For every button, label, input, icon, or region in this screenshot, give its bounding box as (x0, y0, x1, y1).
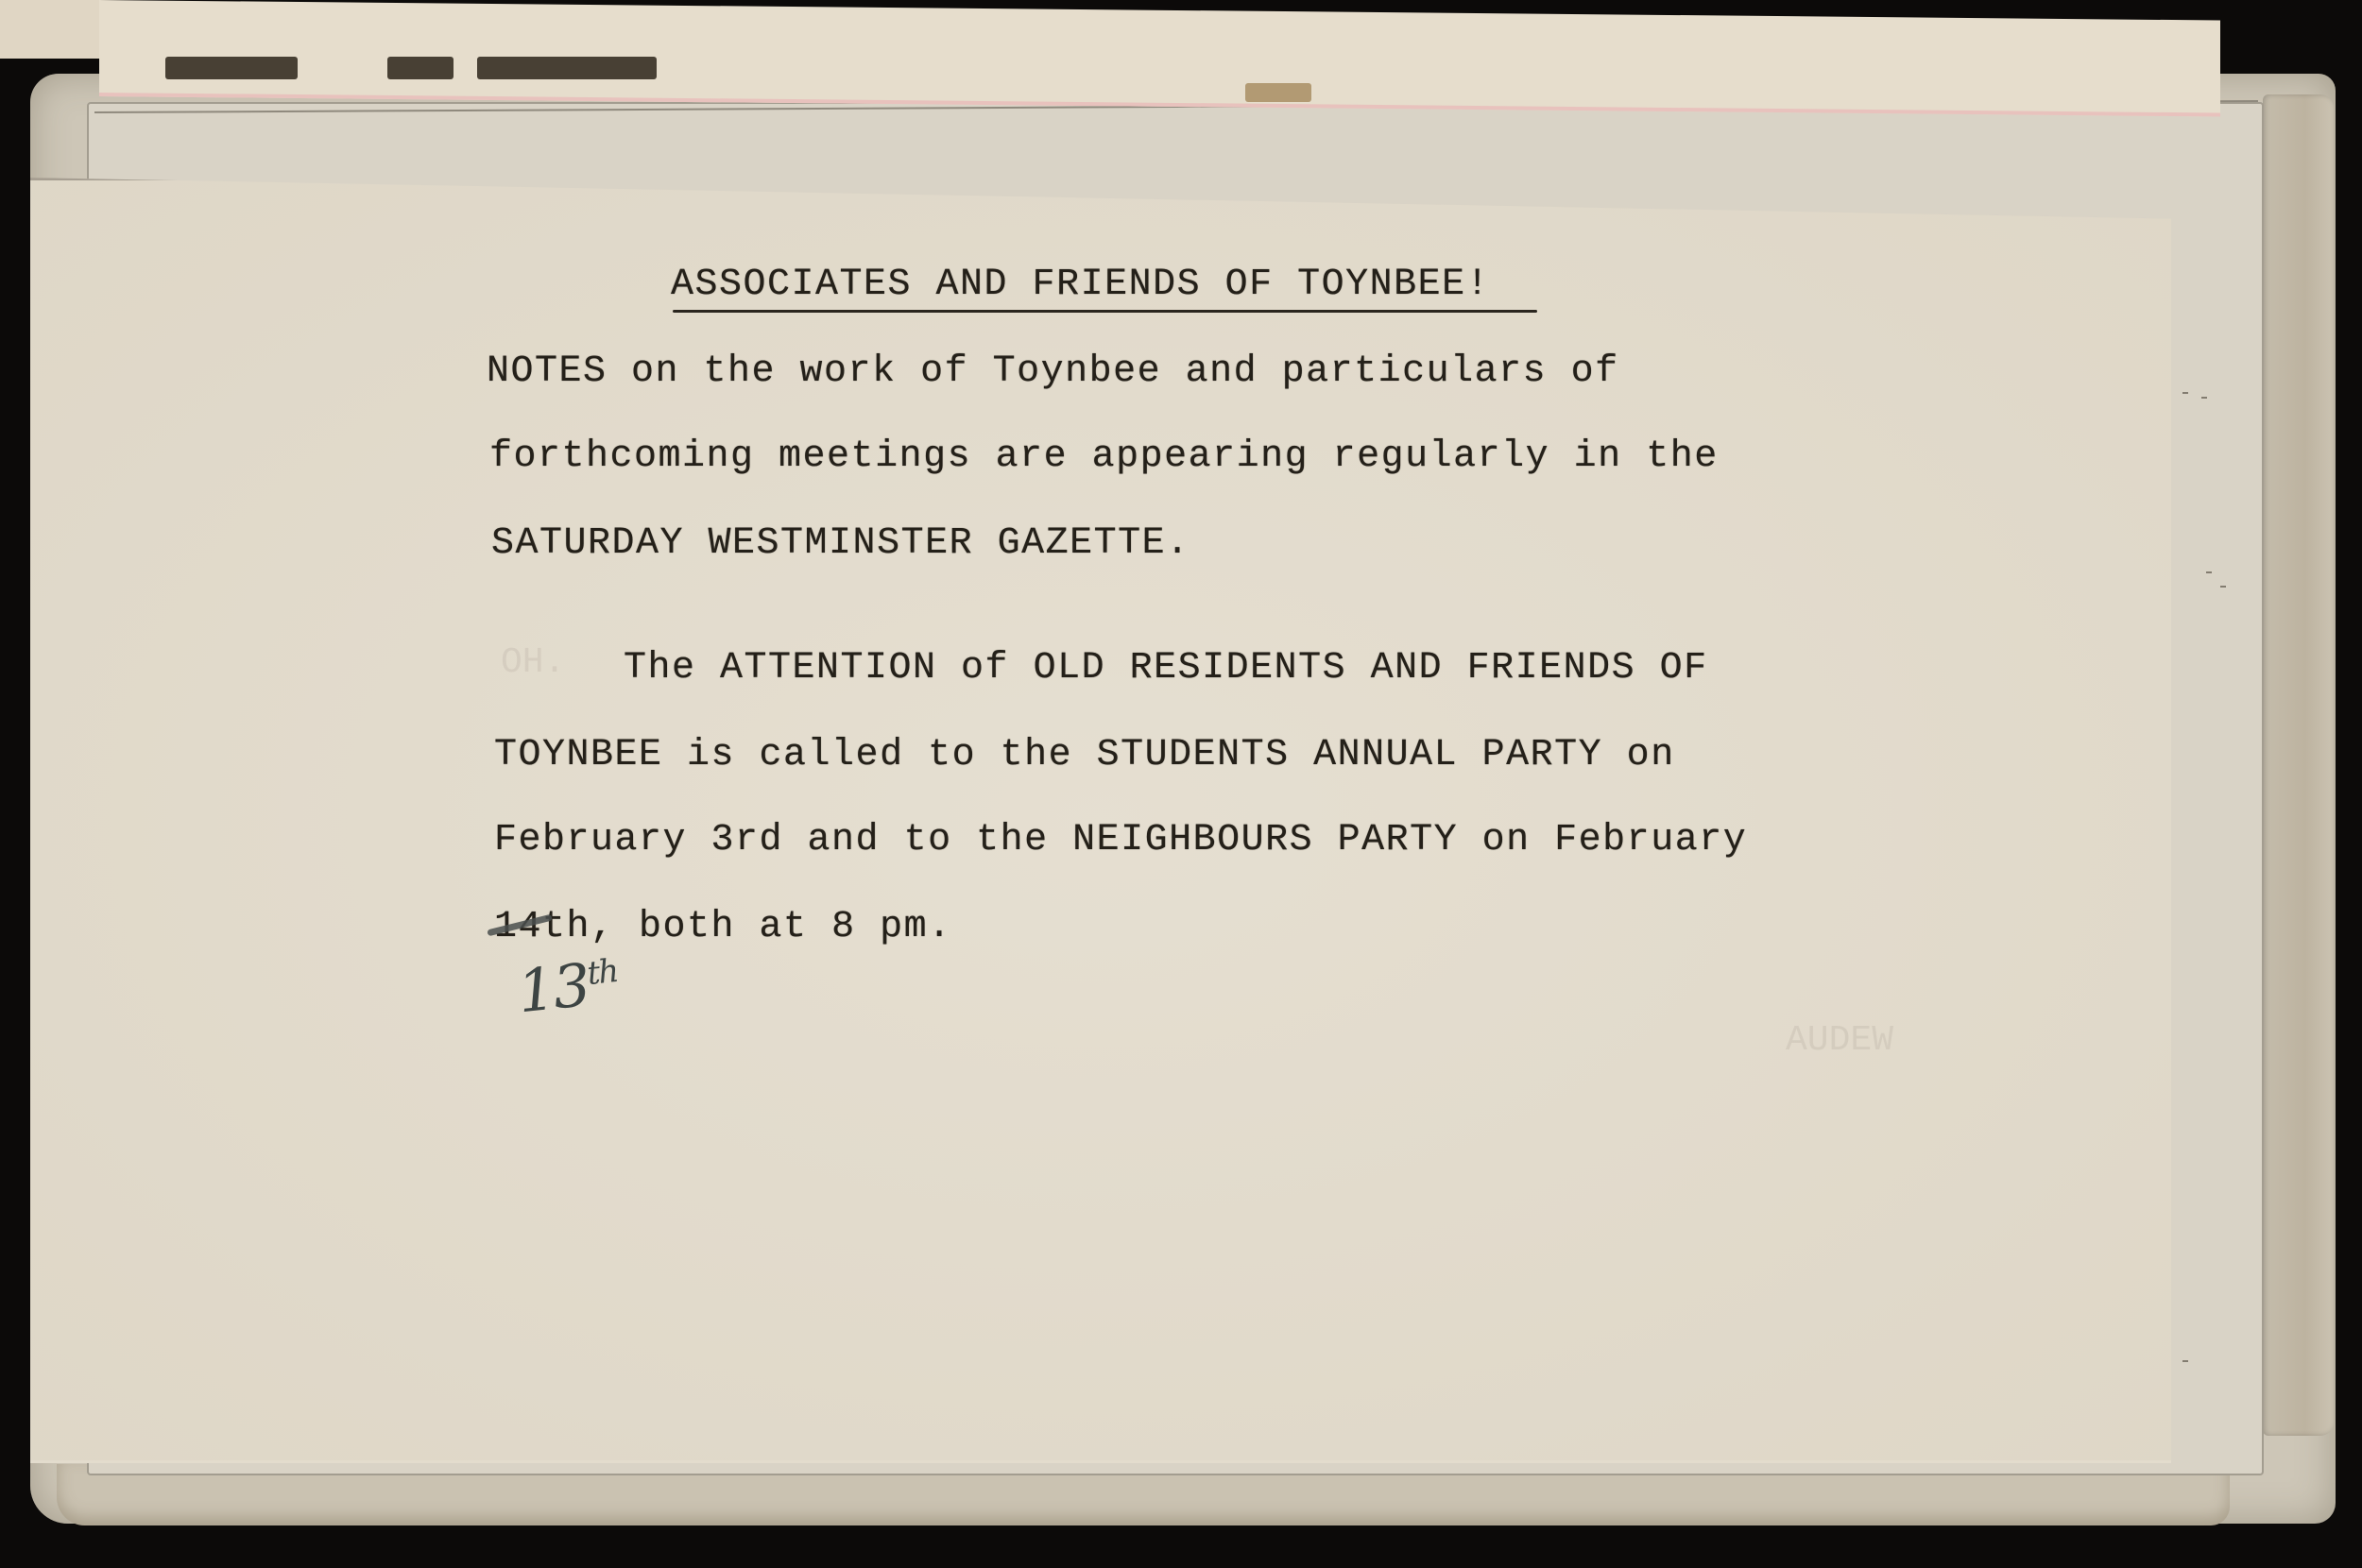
paragraph-2-line-3: February 3rd and to the NEIGHBOURS PARTY… (494, 822, 1747, 860)
ink-stain (387, 57, 454, 79)
tape-stain (1245, 83, 1311, 102)
ink-stain (477, 57, 657, 79)
paragraph-2-line-4: 14th, both at 8 pm. (494, 909, 952, 946)
bleed-through-text: AUDEW (1786, 1020, 1893, 1061)
handwritten-date-correction: 13th (514, 947, 622, 1027)
top-left-paper-strip (0, 0, 99, 59)
paper-speck (2206, 571, 2212, 573)
paragraph-1-line-1: NOTES on the work of Toynbee and particu… (487, 353, 1619, 391)
bleed-through-text: OH. (501, 642, 565, 683)
ink-stain (165, 57, 298, 79)
paragraph-2-line-1: The ATTENTION of OLD RESIDENTS AND FRIEN… (624, 650, 1708, 688)
paragraph-1-line-2: forthcoming meetings are appearing regul… (489, 438, 1719, 476)
paragraph-1-line-3: SATURDAY WESTMINSTER GAZETTE. (491, 525, 1190, 563)
folder-torn-right-edge (2263, 94, 2334, 1436)
heading-underline (673, 310, 1537, 313)
paper-speck (2201, 397, 2207, 399)
notice-heading: ASSOCIATES AND FRIENDS OF TOYNBEE! (671, 266, 1490, 304)
paper-speck (2220, 586, 2226, 588)
paragraph-2-line-2: TOYNBEE is called to the STUDENTS ANNUAL… (494, 737, 1675, 775)
paper-speck (2182, 392, 2188, 394)
date-suffix-text: th, both at 8 pm. (542, 906, 952, 948)
struck-out-date: 14 (494, 909, 542, 946)
paper-speck (2182, 1360, 2188, 1362)
